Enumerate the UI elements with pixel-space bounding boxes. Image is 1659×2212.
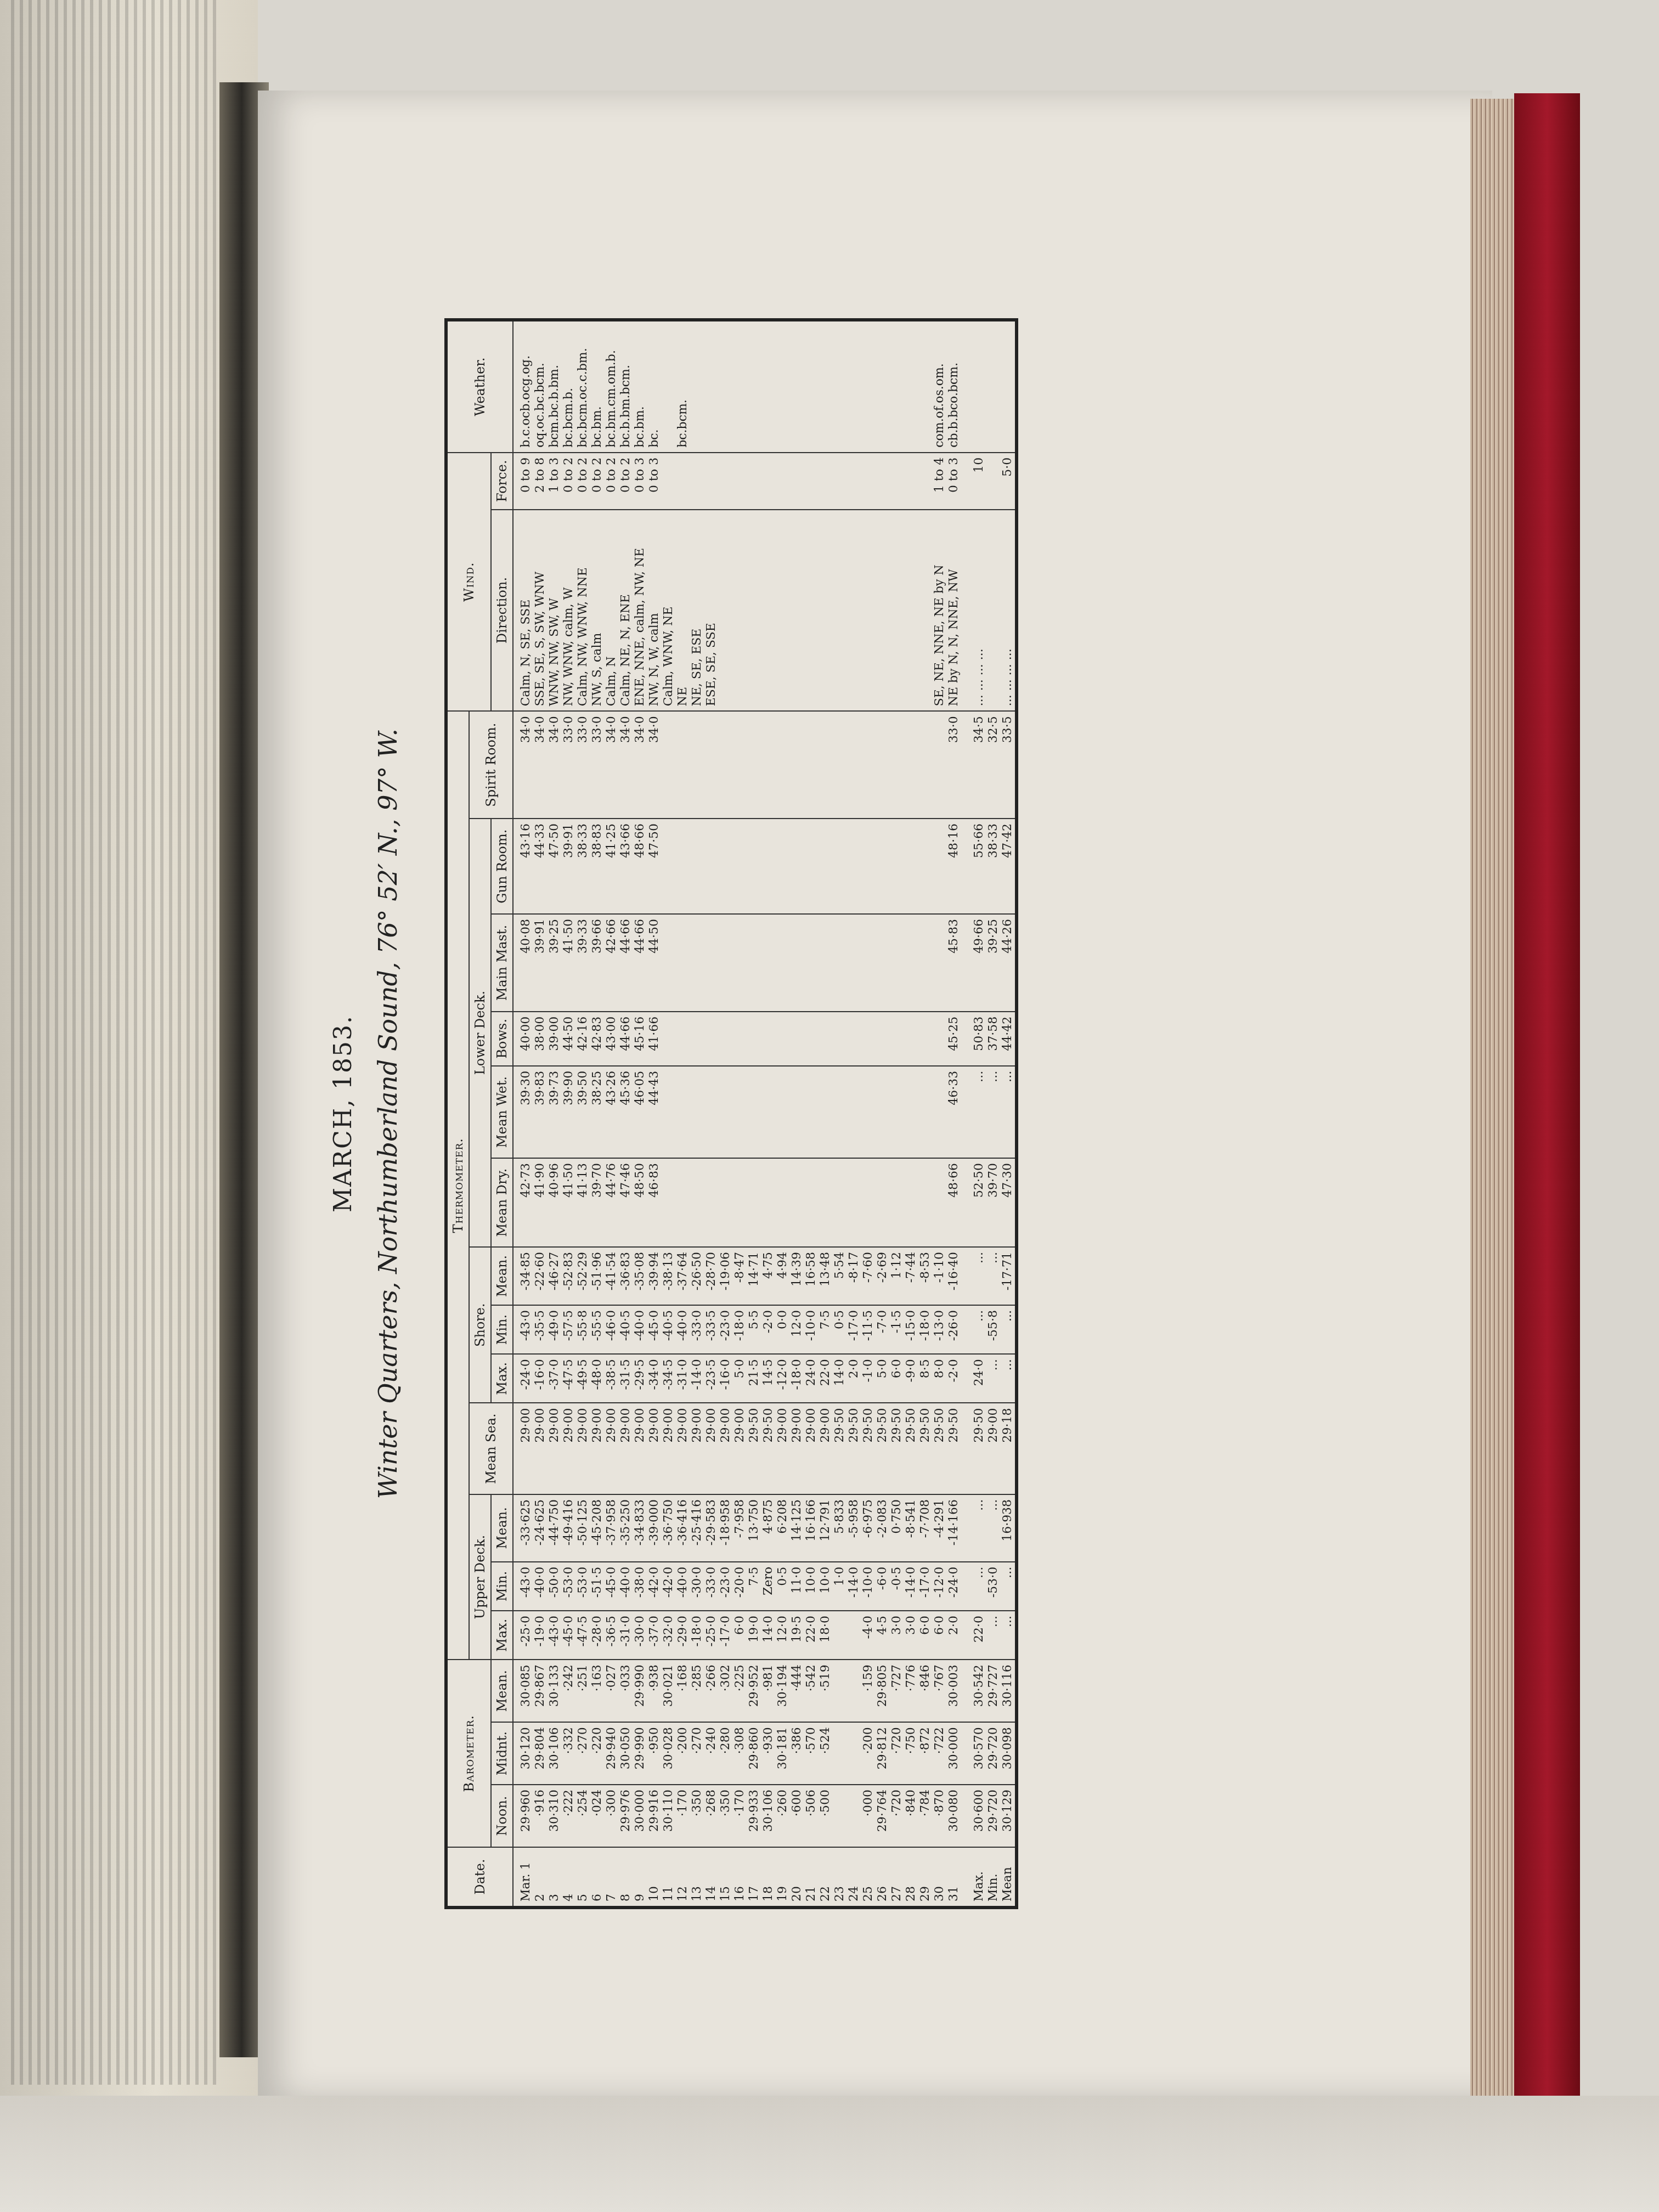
cell-noon: ·500 (819, 1785, 833, 1847)
cell-smax: -23·5 (704, 1354, 719, 1403)
cell-summary-label: Mean (1001, 1847, 1017, 1908)
cell-bmean: ·776 (904, 1660, 918, 1722)
cell-umean: -33·625 (513, 1494, 533, 1562)
cell-smin: -18·0 (918, 1305, 933, 1354)
cell-dry (918, 1158, 933, 1247)
summary-row: Max.30·60030·57030·54222·0......29·5024·… (961, 320, 986, 1908)
cell-noon: ·260 (776, 1785, 790, 1847)
cell-umin: -12·0 (933, 1562, 947, 1611)
cell-umin: -45·0 (605, 1562, 619, 1611)
cell-weather: bc.bm. (590, 320, 605, 453)
cell-sea: 29·50 (847, 1403, 861, 1494)
cell-date: 13 (690, 1847, 704, 1908)
cell-force: 5·0 (1001, 453, 1017, 510)
col-bows: Bows. (491, 1012, 513, 1066)
cell-wet (704, 1066, 719, 1158)
cell-bows: 37·58 (986, 1012, 1001, 1066)
cell-midnt: 30·181 (776, 1722, 790, 1785)
cell-dir: NE, SE, ESE (690, 510, 704, 712)
cell-smean: 13·48 (819, 1247, 833, 1305)
cell-bmean: 29·990 (633, 1660, 647, 1722)
cell-gun (933, 819, 947, 914)
cell-force (790, 453, 804, 510)
group-upper-deck: Upper Deck. (469, 1494, 491, 1660)
cell-wet (804, 1066, 819, 1158)
col-shore-max: Max. (491, 1354, 513, 1403)
col-force: Force. (491, 453, 513, 510)
cell-bows (833, 1012, 847, 1066)
cell-spirit: 34·0 (605, 711, 619, 819)
cell-umin: -43·0 (513, 1562, 533, 1611)
cell-smax: -18·0 (790, 1354, 804, 1403)
cell-umax: 6·0 (933, 1611, 947, 1660)
cell-bows: 45·16 (633, 1012, 647, 1066)
cell-bows: 40·00 (513, 1012, 533, 1066)
cell-smean: -8·17 (847, 1247, 861, 1305)
cell-bows (904, 1012, 918, 1066)
cell-smin: -45·0 (647, 1305, 662, 1354)
cell-wet: ... (1001, 1066, 1017, 1158)
cell-spirit (747, 711, 761, 819)
cell-smean: -8·47 (733, 1247, 747, 1305)
cell-umean: -37·958 (605, 1494, 619, 1562)
table-row: 3130·08030·00030·0032·0-24·0-14·16629·50… (947, 320, 961, 1908)
cell-midnt: ·332 (562, 1722, 576, 1785)
cell-gun: 55·66 (961, 819, 986, 914)
cell-wet (676, 1066, 690, 1158)
cell-dry (847, 1158, 861, 1247)
cell-weather (986, 320, 1001, 453)
cell-mast: 45·83 (947, 914, 961, 1012)
cell-smax: -24·0 (513, 1354, 533, 1403)
cell-umean: -18·958 (719, 1494, 733, 1562)
cell-smin: 0·5 (833, 1305, 847, 1354)
cell-smin: -55·8 (576, 1305, 590, 1354)
cell-smin: -40·5 (619, 1305, 633, 1354)
cell-midnt: 29·860 (747, 1722, 761, 1785)
cell-date: 7 (605, 1847, 619, 1908)
cell-umin: -14·0 (847, 1562, 861, 1611)
cell-dir: SSE, SE, S, SW, WNW (533, 510, 548, 712)
cell-bows (676, 1012, 690, 1066)
cell-noon: ·350 (719, 1785, 733, 1847)
cell-sea: 29·50 (761, 1403, 776, 1494)
cell-smax: 24·0 (961, 1354, 986, 1403)
cell-smin: 12·0 (790, 1305, 804, 1354)
cell-spirit: 32·5 (986, 711, 1001, 819)
cell-smin: -49·0 (548, 1305, 562, 1354)
cell-bmean: 30·194 (776, 1660, 790, 1722)
cell-weather (790, 320, 804, 453)
cell-spirit (790, 711, 804, 819)
cell-spirit (847, 711, 861, 819)
cell-spirit: 34·0 (513, 711, 533, 819)
cell-mast (776, 914, 790, 1012)
cell-dir (847, 510, 861, 712)
cell-dry (719, 1158, 733, 1247)
col-noon: Noon. (491, 1785, 513, 1847)
col-date: Date. (446, 1847, 513, 1908)
cell-umax: 4·5 (876, 1611, 890, 1660)
cell-umin: -53·0 (576, 1562, 590, 1611)
cell-sea: 29·00 (619, 1403, 633, 1494)
cell-bmean: ·266 (704, 1660, 719, 1722)
cell-sea: 29·00 (733, 1403, 747, 1494)
cell-spirit (676, 711, 690, 819)
cell-smean: -19·06 (719, 1247, 733, 1305)
cell-umax (847, 1611, 861, 1660)
cell-spirit (804, 711, 819, 819)
cell-smax: -16·0 (719, 1354, 733, 1403)
cell-dry (690, 1158, 704, 1247)
col-mean-sea: Mean Sea. (469, 1403, 513, 1494)
cell-umean: 5·833 (833, 1494, 847, 1562)
cell-spirit: 33·0 (576, 711, 590, 819)
cell-bmean: 30·021 (662, 1660, 676, 1722)
cell-umax: ... (986, 1611, 1001, 1660)
cell-force (804, 453, 819, 510)
cell-dry (833, 1158, 847, 1247)
cell-spirit (819, 711, 833, 819)
cell-midnt: ·720 (890, 1722, 904, 1785)
cell-umin: Zero (761, 1562, 776, 1611)
cell-sea: 29·00 (605, 1403, 619, 1494)
cell-spirit (876, 711, 890, 819)
cell-date: 18 (761, 1847, 776, 1908)
cell-smean: -7·60 (861, 1247, 876, 1305)
cell-sea: 29·00 (986, 1403, 1001, 1494)
cell-date: 30 (933, 1847, 947, 1908)
cell-dir: ... ... ... ... (1001, 510, 1017, 712)
cell-gun (676, 819, 690, 914)
cell-umax: 6·0 (918, 1611, 933, 1660)
summary-row: Min.29·72029·72029·727...-53·0...29·00..… (986, 320, 1001, 1908)
cell-weather: bc.bm.cm.om.b. (605, 320, 619, 453)
cell-umean: -29·583 (704, 1494, 719, 1562)
cell-smean: -35·08 (633, 1247, 647, 1305)
cell-bmean: 30·085 (513, 1660, 533, 1722)
cell-force (747, 453, 761, 510)
cell-noon: ·254 (576, 1785, 590, 1847)
cell-smean: -28·70 (704, 1247, 719, 1305)
cell-sea: 29·50 (876, 1403, 890, 1494)
cell-dir (747, 510, 761, 712)
cell-wet: 39·73 (548, 1066, 562, 1158)
cell-dry (804, 1158, 819, 1247)
cell-force (890, 453, 904, 510)
cell-force: 0 to 3 (947, 453, 961, 510)
cell-noon: 29·933 (747, 1785, 761, 1847)
table-row: 4·222·332·242-45·0-53·0-49·41629·00-47·5… (562, 320, 576, 1908)
cell-date: Mar. 1 (513, 1847, 533, 1908)
cell-umax: 3·0 (890, 1611, 904, 1660)
cell-mast (876, 914, 890, 1012)
cell-smin: -26·0 (947, 1305, 961, 1354)
cell-smax: 2·0 (847, 1354, 861, 1403)
cell-sea: 29·50 (947, 1403, 961, 1494)
cell-bows (690, 1012, 704, 1066)
table-row: 829·97630·050·033-31·0-40·0-35·25029·00-… (619, 320, 633, 1908)
cell-dir: NE by N, N, NNE, NW (947, 510, 961, 712)
cell-smin: -40·5 (662, 1305, 676, 1354)
cell-bows (890, 1012, 904, 1066)
cell-dry (662, 1158, 676, 1247)
cell-date: 15 (719, 1847, 733, 1908)
cell-force: 1 to 4 (933, 453, 947, 510)
cell-umax: -28·0 (590, 1611, 605, 1660)
cell-date: 3 (548, 1847, 562, 1908)
cell-umin: -42·0 (647, 1562, 662, 1611)
cell-bows: 42·16 (576, 1012, 590, 1066)
cell-dry (676, 1158, 690, 1247)
cell-smin: -17·0 (847, 1305, 861, 1354)
group-thermometer: Thermometer. (446, 711, 469, 1660)
cell-mast: 39·25 (986, 914, 1001, 1012)
cell-bows: 43·00 (605, 1012, 619, 1066)
cell-midnt: ·750 (904, 1722, 918, 1785)
cell-spirit (890, 711, 904, 819)
cell-umean: -4·291 (933, 1494, 947, 1562)
cell-gun (861, 819, 876, 914)
cell-noon: ·600 (790, 1785, 804, 1847)
cell-umax: -25·0 (513, 1611, 533, 1660)
cell-smean: -39·94 (647, 1247, 662, 1305)
cell-gun: 47·50 (548, 819, 562, 914)
cell-smax: -9·0 (904, 1354, 918, 1403)
cell-bows (704, 1012, 719, 1066)
cell-smean: -22·60 (533, 1247, 548, 1305)
cell-umin: -33·0 (704, 1562, 719, 1611)
cell-smean: -36·83 (619, 1247, 633, 1305)
cell-midnt: 29·812 (876, 1722, 890, 1785)
cell-sea: 29·00 (548, 1403, 562, 1494)
table-body: Mar. 129·96030·12030·085-25·0-43·0-33·62… (513, 320, 1017, 1908)
cell-force (761, 453, 776, 510)
cell-gun (704, 819, 719, 914)
cell-midnt: 29·804 (533, 1722, 548, 1785)
cell-dir (804, 510, 819, 712)
cell-sea: 29·00 (576, 1403, 590, 1494)
cell-wet (747, 1066, 761, 1158)
table-row: 13·350·270·285-18·0-30·0-25·41629·00-14·… (690, 320, 704, 1908)
cell-umean: -39·000 (647, 1494, 662, 1562)
cell-force (676, 453, 690, 510)
cell-weather: bc.bcm.oc.c.bm. (576, 320, 590, 453)
cell-smax: -49·5 (576, 1354, 590, 1403)
cell-dir: Calm, N, SE, SSE (513, 510, 533, 712)
cell-noon: 29·720 (986, 1785, 1001, 1847)
table-row: 5·254·270·251-47·5-53·0-50·12529·00-49·5… (576, 320, 590, 1908)
cell-bmean: ·444 (790, 1660, 804, 1722)
cell-weather (690, 320, 704, 453)
cell-noon: 29·976 (619, 1785, 633, 1847)
cell-bmean: ·225 (733, 1660, 747, 1722)
cell-noon: 30·110 (662, 1785, 676, 1847)
cell-weather (761, 320, 776, 453)
cell-smin: -55·5 (590, 1305, 605, 1354)
cell-umin: -38·0 (633, 1562, 647, 1611)
cell-umin: -40·0 (676, 1562, 690, 1611)
cell-dir: Calm, WNW, NE (662, 510, 676, 712)
cell-umean: 0·750 (890, 1494, 904, 1562)
cell-dir: ESE, SE, SSE (704, 510, 719, 712)
cell-spirit (933, 711, 947, 819)
cell-mast (890, 914, 904, 1012)
cell-dry: 47·46 (619, 1158, 633, 1247)
cell-bows: 41·66 (647, 1012, 662, 1066)
cell-umean: -25·416 (690, 1494, 704, 1562)
cell-spirit: 34·0 (633, 711, 647, 819)
cell-dir (719, 510, 733, 712)
cell-sea: 29·00 (804, 1403, 819, 1494)
cell-umax: -25·0 (704, 1611, 719, 1660)
cell-smin: -18·0 (733, 1305, 747, 1354)
cell-date: 6 (590, 1847, 605, 1908)
cell-smean: -52·83 (562, 1247, 576, 1305)
cell-bmean: ·033 (619, 1660, 633, 1722)
cell-bmean: 30·133 (548, 1660, 562, 1722)
cell-bows (876, 1012, 890, 1066)
cell-spirit: 33·0 (590, 711, 605, 819)
cell-mast (918, 914, 933, 1012)
cell-umean: 13·750 (747, 1494, 761, 1562)
cell-weather (904, 320, 918, 453)
cell-smean: 14·39 (790, 1247, 804, 1305)
cell-midnt: ·200 (861, 1722, 876, 1785)
cell-umax: -17·0 (719, 1611, 733, 1660)
cell-noon (833, 1785, 847, 1847)
cell-bows (662, 1012, 676, 1066)
cell-noon: ·170 (676, 1785, 690, 1847)
cell-umax: 3·0 (904, 1611, 918, 1660)
cell-dir (776, 510, 790, 712)
cell-wet (861, 1066, 876, 1158)
cell-dir (819, 510, 833, 712)
cell-spirit (918, 711, 933, 819)
cell-umean: -24·625 (533, 1494, 548, 1562)
table-row: 16·170·308·2256·0-20·0-7·95829·005·0-18·… (733, 320, 747, 1908)
col-direction: Direction. (491, 510, 513, 712)
cell-bmean: ·159 (861, 1660, 876, 1722)
group-shore: Shore. (469, 1247, 491, 1403)
cell-smax: 5·0 (733, 1354, 747, 1403)
cell-sea: 29·00 (819, 1403, 833, 1494)
cell-gun (690, 819, 704, 914)
cell-dir (876, 510, 890, 712)
cell-noon: ·720 (890, 1785, 904, 1847)
cell-dry (761, 1158, 776, 1247)
cell-bmean: ·242 (562, 1660, 576, 1722)
cell-sea: 29·00 (662, 1403, 676, 1494)
cell-dry (704, 1158, 719, 1247)
cell-wet (904, 1066, 918, 1158)
cell-mast (933, 914, 947, 1012)
cell-umin: -0·5 (890, 1562, 904, 1611)
cell-sea: 29·00 (590, 1403, 605, 1494)
cell-dir (918, 510, 933, 712)
cell-umin: -23·0 (719, 1562, 733, 1611)
page-subtitle: Winter Quarters, Northumberland Sound, 7… (373, 318, 403, 1909)
cell-dry (790, 1158, 804, 1247)
cell-sea: 29·00 (676, 1403, 690, 1494)
cell-noon (847, 1785, 861, 1847)
cell-bows: 42·83 (590, 1012, 605, 1066)
cell-umin: -10·0 (861, 1562, 876, 1611)
cell-sea: 29·50 (961, 1403, 986, 1494)
cell-weather (662, 320, 676, 453)
cell-noon: 29·764 (876, 1785, 890, 1847)
cell-mast (719, 914, 733, 1012)
cell-umax: -47·5 (576, 1611, 590, 1660)
cell-umax: -36·5 (605, 1611, 619, 1660)
cell-umin: -20·0 (733, 1562, 747, 1611)
table-row: 24-14·0-5·95829·502·0-17·0-8·17 (847, 320, 861, 1908)
cell-umax: 14·0 (761, 1611, 776, 1660)
cell-smean: -8·53 (918, 1247, 933, 1305)
cell-weather: bc.bm. (633, 320, 647, 453)
cell-sea: 29·00 (562, 1403, 576, 1494)
cell-smean: -41·54 (605, 1247, 619, 1305)
cell-umin: ... (1001, 1562, 1017, 1611)
cell-bmean: ·727 (890, 1660, 904, 1722)
cell-umean: -14·166 (947, 1494, 961, 1562)
cell-midnt: ·280 (719, 1722, 733, 1785)
cell-midnt: ·524 (819, 1722, 833, 1785)
cell-umax: 12·0 (776, 1611, 790, 1660)
cell-noon: 30·600 (961, 1785, 986, 1847)
cell-noon: 30·000 (633, 1785, 647, 1847)
cell-date: 5 (576, 1847, 590, 1908)
cell-gun (819, 819, 833, 914)
cell-spirit (904, 711, 918, 819)
table-row: 6·024·220·163-28·0-51·5-45·20829·00-48·0… (590, 320, 605, 1908)
cell-smax: 24·0 (804, 1354, 819, 1403)
cell-gun (890, 819, 904, 914)
cell-midnt: ·950 (647, 1722, 662, 1785)
cell-umax (833, 1611, 847, 1660)
col-upper-min: Min. (491, 1562, 513, 1611)
cell-date: 27 (890, 1847, 904, 1908)
cell-midnt: ·872 (918, 1722, 933, 1785)
cell-umean: ... (986, 1494, 1001, 1562)
col-shore-min: Min. (491, 1305, 513, 1354)
cell-wet (790, 1066, 804, 1158)
cell-dry: 40·96 (548, 1158, 562, 1247)
cell-umax: 6·0 (733, 1611, 747, 1660)
rotated-page-content: MARCH, 1853. Winter Quarters, Northumber… (329, 318, 1262, 1909)
cell-force (704, 453, 719, 510)
cell-gun: 48·16 (947, 819, 961, 914)
cell-gun (733, 819, 747, 914)
cell-umax: -4·0 (861, 1611, 876, 1660)
summary-row: Mean30·12930·09830·116......16·93829·18.… (1001, 320, 1017, 1908)
table-row: 20·600·386·44419·511·014·12529·00-18·012… (790, 320, 804, 1908)
cell-smax: -48·0 (590, 1354, 605, 1403)
cell-gun (747, 819, 761, 914)
cell-umean: 16·166 (804, 1494, 819, 1562)
cell-smax: -2·0 (947, 1354, 961, 1403)
cell-dir (890, 510, 904, 712)
cell-bmean: 30·542 (961, 1660, 986, 1722)
cell-dry (890, 1158, 904, 1247)
cell-gun: 43·66 (619, 819, 633, 914)
cell-weather: b.c.ocb.ocg.og. (513, 320, 533, 453)
cell-dry (747, 1158, 761, 1247)
cell-wet: 46·05 (633, 1066, 647, 1158)
cell-bmean: ·846 (918, 1660, 933, 1722)
cell-umin: 10·0 (819, 1562, 833, 1611)
cell-wet (933, 1066, 947, 1158)
